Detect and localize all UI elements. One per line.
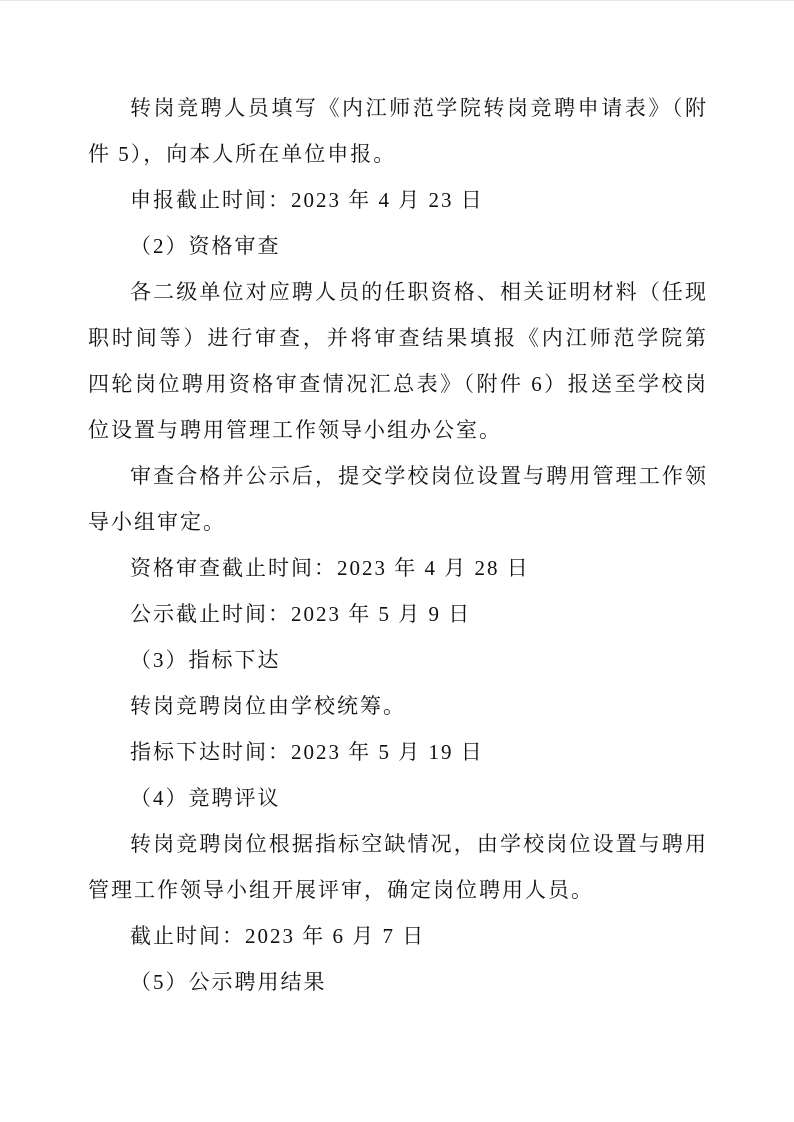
paragraph-competition-appraisal: 转岗竞聘岗位根据指标空缺情况，由学校岗位设置与聘用管理工作领导小组开展评审，确定…: [88, 821, 708, 913]
deadline-qualification-review: 资格审查截止时间：2023 年 4 月 28 日: [88, 545, 708, 591]
heading-publicize-hiring-results: （5）公示聘用结果: [88, 959, 708, 1005]
paragraph-transfer-application: 转岗竞聘人员填写《内江师范学院转岗竞聘申请表》（附件 5），向本人所在单位申报。: [88, 85, 708, 177]
paragraph-qualification-review: 各二级单位对应聘人员的任职资格、相关证明材料（任现职时间等）进行审查，并将审查结…: [88, 269, 708, 453]
deadline-application: 申报截止时间：2023 年 4 月 23 日: [88, 177, 708, 223]
heading-qualification-review: （2）资格审查: [88, 223, 708, 269]
deadline-publicity: 公示截止时间：2023 年 5 月 9 日: [88, 591, 708, 637]
heading-quota-issuance: （3）指标下达: [88, 637, 708, 683]
deadline-quota-issuance: 指标下达时间：2023 年 5 月 19 日: [88, 729, 708, 775]
paragraph-review-approval: 审查合格并公示后，提交学校岗位设置与聘用管理工作领导小组审定。: [88, 453, 708, 545]
deadline-competition-appraisal: 截止时间：2023 年 6 月 7 日: [88, 913, 708, 959]
document-body: 转岗竞聘人员填写《内江师范学院转岗竞聘申请表》（附件 5），向本人所在单位申报。…: [88, 85, 708, 1005]
heading-competition-appraisal: （4）竞聘评议: [88, 775, 708, 821]
paragraph-quota-overall-planning: 转岗竞聘岗位由学校统筹。: [88, 683, 708, 729]
document-page: 转岗竞聘人员填写《内江师范学院转岗竞聘申请表》（附件 5），向本人所在单位申报。…: [0, 0, 794, 1122]
